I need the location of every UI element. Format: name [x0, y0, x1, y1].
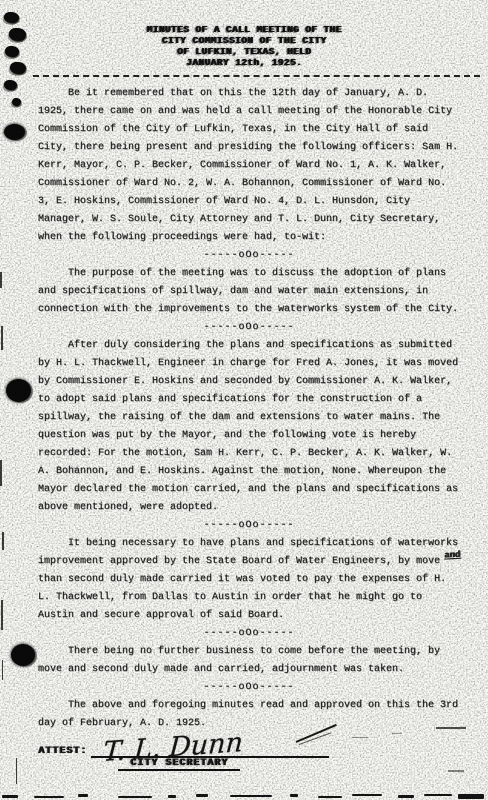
title-line: MINUTES OF A CALL MEETING OF THE [0, 24, 488, 35]
title-line: OF LUFKIN, TEXAS, HELD [0, 46, 488, 57]
paragraph-text: It being necessary to have plans and spe… [38, 538, 458, 621]
handwritten-insertion: and [413, 546, 460, 566]
paragraph-adjournment: There being no further business to come … [38, 643, 460, 679]
bleed-mark [118, 796, 152, 798]
edge-tick-mark [16, 758, 17, 784]
bleed-mark [458, 794, 484, 799]
bleed-mark [424, 794, 452, 796]
ink-blot [6, 379, 31, 402]
paragraph-purpose: The purpose of the meeting was to discus… [38, 265, 460, 319]
section-separator: -----oOo----- [38, 319, 460, 337]
closing-block: ATTEST: T. L. Dunn CITY SECRETARY [38, 732, 488, 771]
bleed-mark [290, 794, 298, 797]
title-line: CITY COMMISSION OF THE CITY [0, 35, 488, 46]
paragraph-approval: The above and foregoing minutes read and… [38, 697, 460, 733]
section-separator: -----oOo----- [38, 247, 460, 265]
paragraph-motion: After duly considering the plans and spe… [38, 337, 460, 517]
signature-row: ATTEST: T. L. Dunn [38, 732, 488, 758]
document-title: MINUTES OF A CALL MEETING OF THE CITY CO… [0, 0, 488, 68]
bleed-mark [196, 794, 208, 797]
ink-mark [9, 61, 27, 75]
bleed-mark [398, 795, 414, 798]
edge-tick-mark [1, 600, 3, 630]
edge-tick-mark [0, 272, 2, 288]
bleed-mark [78, 794, 88, 797]
bleed-mark [34, 796, 64, 798]
faint-pen-dash [392, 733, 402, 734]
edge-tick-mark [0, 460, 2, 486]
bleed-through-marks [0, 792, 488, 800]
bleed-mark [230, 795, 272, 797]
bleed-mark [318, 796, 342, 798]
title-line: JANUARY 12th, 1925. [0, 57, 488, 68]
edge-tick-mark [2, 660, 3, 680]
attest-label: ATTEST: [38, 746, 87, 758]
document-body: Be it remembered that on this the 12th d… [0, 81, 488, 733]
ink-blot [4, 124, 25, 140]
signature-line: T. L. Dunn [91, 730, 329, 758]
paragraph-expenses: It being necessary to have plans and spe… [38, 535, 460, 625]
section-separator: -----oOo----- [38, 625, 460, 643]
dashed-divider [33, 75, 480, 77]
bleed-mark [168, 795, 176, 798]
section-separator: -----oOo----- [38, 679, 460, 697]
faint-pen-dash [436, 727, 466, 729]
edge-tick-mark [2, 532, 4, 550]
edge-tick-mark [1, 326, 3, 350]
scanned-minutes-page: MINUTES OF A CALL MEETING OF THE CITY CO… [0, 0, 488, 800]
faint-pen-dash [448, 770, 464, 772]
section-separator: -----oOo----- [38, 517, 460, 535]
bleed-mark [352, 794, 382, 796]
ink-blot [11, 644, 35, 666]
faint-pen-dash [352, 737, 368, 738]
paragraph-opening: Be it remembered that on this the 12th d… [38, 85, 460, 247]
bleed-mark [2, 795, 18, 798]
